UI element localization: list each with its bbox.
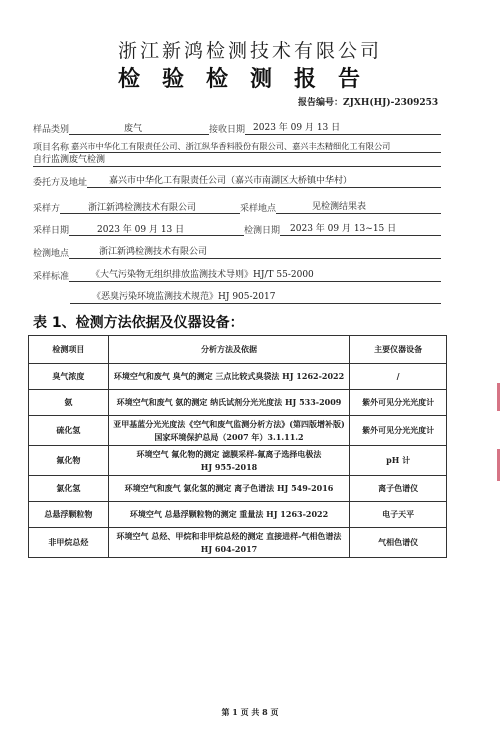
cell-method-line1: 亚甲基蓝分光光度法《空气和废气监测分析方法》(第四版增补版) — [112, 418, 346, 431]
sampling-site-value: 见检测结果表 — [276, 201, 441, 214]
test-location-value: 浙江新鸿检测技术有限公司 — [69, 246, 441, 259]
sampling-standard-value: 《大气污染物无组织排放监测技术导则》HJ/T 55-2000 — [69, 269, 441, 282]
cell-method-line1: 环境空气 氟化物的测定 滤膜采样-氟离子选择电极法 — [112, 448, 346, 461]
client-value: 嘉兴市中华化工有限责任公司（嘉兴市南湖区大桥镇中华村） — [87, 175, 441, 188]
table-row: 氯化氢 环境空气和废气 氯化氢的测定 离子色谱法 HJ 549-2016 离子色… — [29, 476, 447, 502]
report-number: 报告编号：ZJXH(HJ)-2309253 — [298, 95, 438, 108]
sample-type-label: 样品类别 — [33, 122, 69, 135]
project-name-value: 嘉兴市中华化工有限责任公司、浙江纵华香料股份有限公司、嘉兴丰杰精细化工有限公司 — [69, 140, 441, 153]
cell-method: 环境空气和废气 氨的测定 纳氏试剂分光光度法 HJ 533-2009 — [108, 390, 349, 416]
cell-instrument: 电子天平 — [350, 502, 447, 528]
project-name-label: 项目名称 — [33, 140, 69, 153]
field-row-project: 项目名称 嘉兴市中华化工有限责任公司、浙江纵华香料股份有限公司、嘉兴丰杰精细化工… — [33, 139, 441, 153]
cell-instrument: 紫外可见分光光度计 — [350, 416, 447, 446]
cell-item: 臭气浓度 — [29, 364, 109, 390]
sampling-date-value: 2023 年 09 月 13 日 — [69, 224, 244, 236]
cell-method: 亚甲基蓝分光光度法《空气和废气监测分析方法》(第四版增补版) 国家环境保护总局（… — [108, 416, 349, 446]
table-header-row: 检测项目 分析方法及依据 主要仪器设备 — [29, 336, 447, 364]
project-name-value-line2: 自行监测废气检测 — [33, 154, 441, 167]
cell-instrument: pH 计 — [350, 446, 447, 476]
table1-heading: 表 1、检测方法依据及仪器设备： — [33, 312, 244, 332]
report-number-label: 报告编号： — [298, 98, 343, 108]
receive-date-label: 接收日期 — [209, 122, 245, 135]
table-row: 氨 环境空气和废气 氨的测定 纳氏试剂分光光度法 HJ 533-2009 紫外可… — [29, 390, 447, 416]
page-number: 第 1 页 共 8 页 — [0, 707, 500, 718]
cell-method: 环境空气和废气 氯化氢的测定 离子色谱法 HJ 549-2016 — [108, 476, 349, 502]
methods-table: 检测项目 分析方法及依据 主要仪器设备 臭气浓度 环境空气和废气 臭气的测定 三… — [28, 335, 447, 558]
cell-item: 非甲烷总烃 — [29, 528, 109, 558]
sampling-standard-label: 采样标准 — [33, 269, 69, 282]
field-row-standard-2: 《恶臭污染环境监测技术规范》HJ 905-2017 — [70, 290, 441, 304]
cell-item: 氨 — [29, 390, 109, 416]
receive-date-value: 2023 年 09 月 13 日 — [245, 122, 441, 135]
test-date-label: 检测日期 — [244, 223, 280, 236]
cell-instrument: 离子色谱仪 — [350, 476, 447, 502]
cell-method: 环境空气 总悬浮颗粒物的测定 重量法 HJ 1263-2022 — [108, 502, 349, 528]
company-name: 浙江新鸿检测技术有限公司 — [0, 36, 500, 63]
field-row-client: 委托方及地址 嘉兴市中华化工有限责任公司（嘉兴市南湖区大桥镇中华村） — [33, 174, 441, 188]
sampler-label: 采样方 — [33, 201, 60, 214]
cell-method: 环境空气 氟化物的测定 滤膜采样-氟离子选择电极法 HJ 955-2018 — [108, 446, 349, 476]
sampling-date-label: 采样日期 — [33, 223, 69, 236]
cell-method-line1: 环境空气 总烃、甲烷和非甲烷总烃的测定 直接进样-气相色谱法 — [112, 530, 346, 543]
col-header-method: 分析方法及依据 — [108, 336, 349, 364]
col-header-item: 检测项目 — [29, 336, 109, 364]
test-location-label: 检测地点 — [33, 246, 69, 259]
cell-instrument: 气相色谱仪 — [350, 528, 447, 558]
report-number-value: ZJXH(HJ)-2309253 — [343, 98, 438, 108]
cell-method-line2: HJ 604-2017 — [112, 543, 346, 556]
cell-item: 氯化氢 — [29, 476, 109, 502]
cell-instrument: / — [350, 364, 447, 390]
table-row: 臭气浓度 环境空气和废气 臭气的测定 三点比较式臭袋法 HJ 1262-2022… — [29, 364, 447, 390]
field-row-test-location: 检测地点 浙江新鸿检测技术有限公司 — [33, 245, 441, 259]
cell-method-line2: 国家环境保护总局（2007 年）3.1.11.2 — [112, 431, 346, 444]
cell-method: 环境空气和废气 臭气的测定 三点比较式臭袋法 HJ 1262-2022 — [108, 364, 349, 390]
sampler-value: 浙江新鸿检测技术有限公司 — [60, 202, 240, 214]
field-row-project-2: 自行监测废气检测 — [33, 153, 441, 167]
sampling-standard-value-line2: 《恶臭污染环境监测技术规范》HJ 905-2017 — [70, 291, 441, 304]
report-title: 检验检测报告 — [0, 62, 500, 93]
field-row-sample: 样品类别 废气 接收日期 2023 年 09 月 13 日 — [33, 121, 441, 135]
cell-method: 环境空气 总烃、甲烷和非甲烷总烃的测定 直接进样-气相色谱法 HJ 604-20… — [108, 528, 349, 558]
cell-item: 氟化物 — [29, 446, 109, 476]
col-header-instrument: 主要仪器设备 — [350, 336, 447, 364]
table-row: 总悬浮颗粒物 环境空气 总悬浮颗粒物的测定 重量法 HJ 1263-2022 电… — [29, 502, 447, 528]
sample-type-value: 废气 — [69, 123, 209, 135]
cell-item: 硫化氢 — [29, 416, 109, 446]
table-row: 非甲烷总烃 环境空气 总烃、甲烷和非甲烷总烃的测定 直接进样-气相色谱法 HJ … — [29, 528, 447, 558]
client-label: 委托方及地址 — [33, 175, 87, 188]
table-row: 硫化氢 亚甲基蓝分光光度法《空气和废气监测分析方法》(第四版增补版) 国家环境保… — [29, 416, 447, 446]
cell-method-line2: HJ 955-2018 — [112, 461, 346, 474]
cell-item: 总悬浮颗粒物 — [29, 502, 109, 528]
table-row: 氟化物 环境空气 氟化物的测定 滤膜采样-氟离子选择电极法 HJ 955-201… — [29, 446, 447, 476]
field-row-standard: 采样标准 《大气污染物无组织排放监测技术导则》HJ/T 55-2000 — [33, 268, 441, 282]
sampling-site-label: 采样地点 — [240, 201, 276, 214]
field-row-sampler: 采样方 浙江新鸿检测技术有限公司 采样地点 见检测结果表 — [33, 200, 441, 214]
field-row-dates: 采样日期 2023 年 09 月 13 日 检测日期 2023 年 09 月 1… — [33, 222, 441, 236]
test-date-value: 2023 年 09 月 13~15 日 — [280, 223, 441, 236]
cell-instrument: 紫外可见分光光度计 — [350, 390, 447, 416]
